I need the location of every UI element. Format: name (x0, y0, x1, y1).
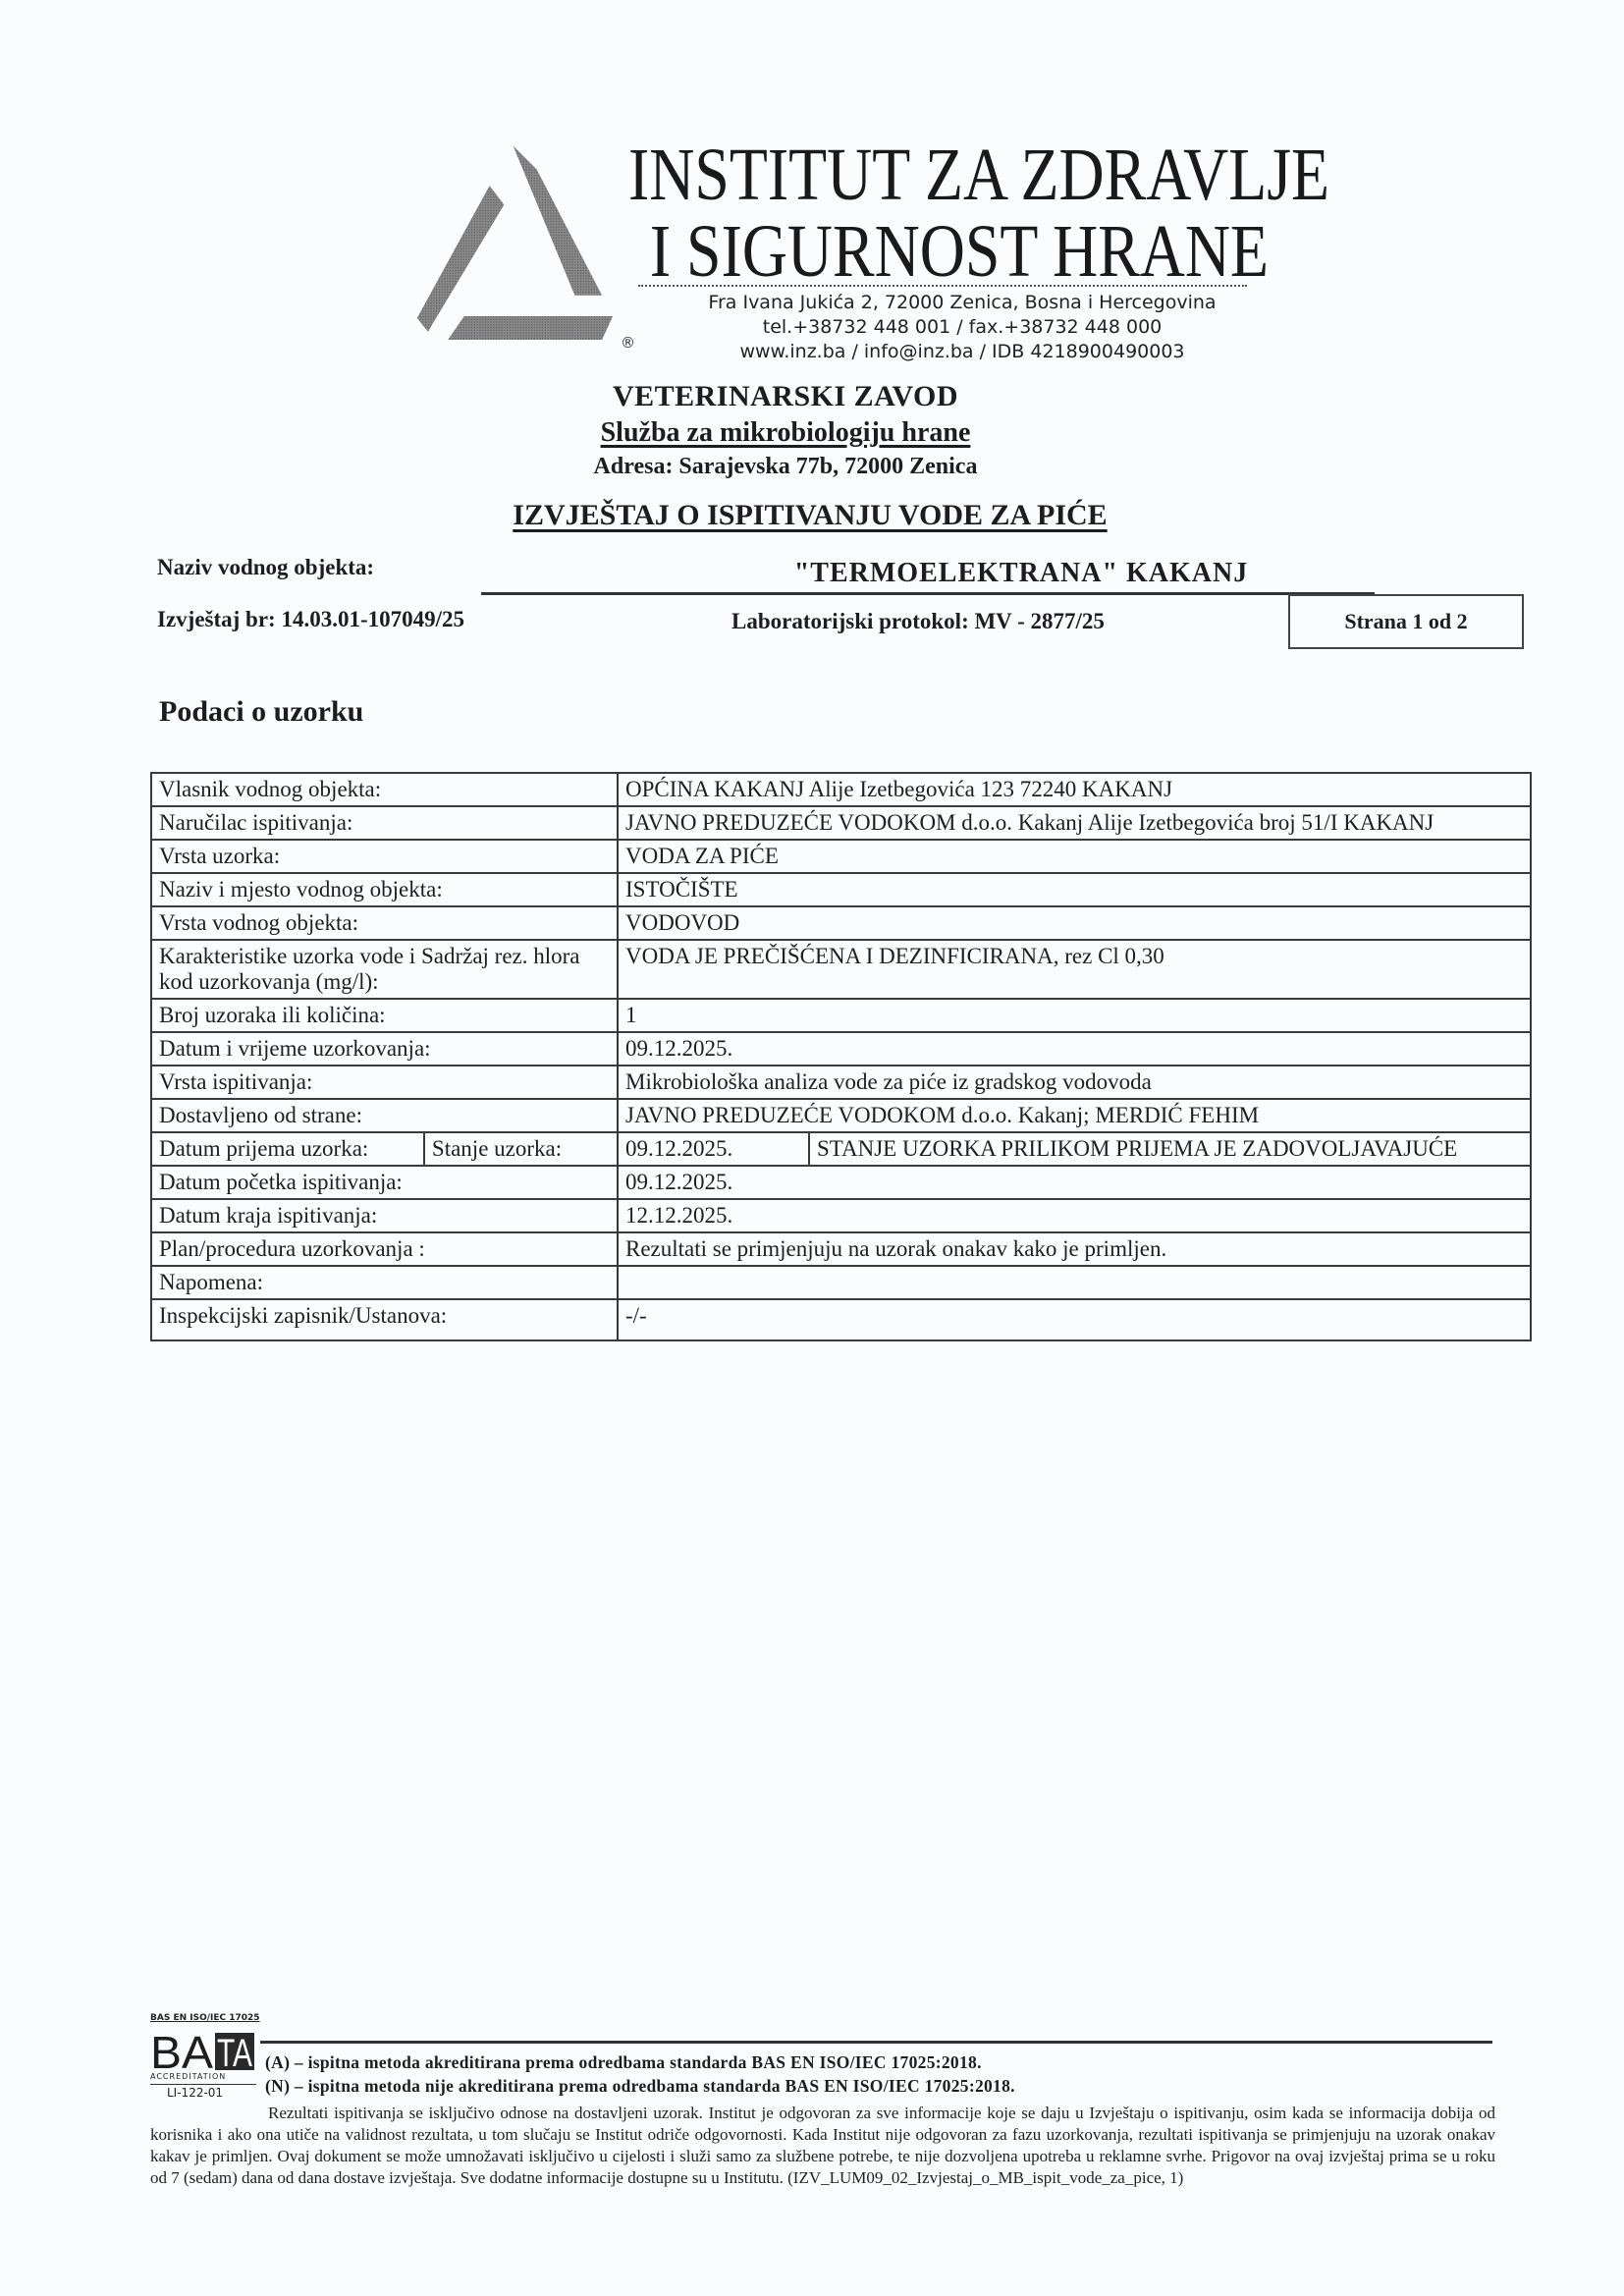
institute-name: INSTITUT ZA ZDRAVLJE I SIGURNOST HRANE (628, 137, 1157, 289)
row-label: Vrsta ispitivanja: (151, 1066, 618, 1099)
row-value: ISTOČIŠTE (618, 873, 1531, 906)
sample-data-table: Vlasnik vodnog objekta:OPĆINA KAKANJ Ali… (150, 772, 1532, 1341)
facility-divider (481, 592, 1375, 595)
table-row-receipt: Datum prijema uzorka: Stanje uzorka: 09.… (151, 1132, 1531, 1166)
accreditation-divider (150, 2084, 256, 2085)
row-value: JAVNO PREDUZEĆE VODOKOM d.o.o. Kakanj Al… (618, 806, 1531, 840)
service-name: Služba za mikrobiologiju hrane (491, 417, 1080, 449)
lab-protocol: Laboratorijski protokol: MV - 2877/25 (731, 609, 1105, 634)
table-row: Naziv i mjesto vodnog objekta:ISTOČIŠTE (151, 873, 1531, 906)
table-row: Datum početka ispitivanja:09.12.2025. (151, 1166, 1531, 1199)
accreditation-word: ACCREDITATION (150, 2072, 226, 2081)
row-label: Dostavljeno od strane: (151, 1099, 618, 1132)
table-row: Vrsta uzorka:VODA ZA PIĆE (151, 840, 1531, 873)
service-name-text: Služba za mikrobiologiju hrane (601, 417, 971, 448)
sample-condition-label: Stanje uzorka: (424, 1132, 618, 1166)
institute-web-email: www.inz.ba / info@inz.ba / IDB 421890049… (697, 340, 1227, 364)
row-label: Datum početka ispitivanja: (151, 1166, 618, 1199)
receipt-date-value: 09.12.2025. (618, 1132, 809, 1166)
row-label: Datum i vrijeme uzorkovanja: (151, 1032, 618, 1066)
accreditation-standard: BAS EN ISO/IEC 17025 (150, 2013, 260, 2023)
row-value: 09.12.2025. (618, 1166, 1531, 1199)
table-row: Datum i vrijeme uzorkovanja:09.12.2025. (151, 1032, 1531, 1066)
row-value: Mikrobiološka analiza vode za piće iz gr… (618, 1066, 1531, 1099)
legend-accredited: (A) – ispitna metoda akreditirana prema … (265, 2052, 982, 2073)
table-row: Naručilac ispitivanja:JAVNO PREDUZEĆE VO… (151, 806, 1531, 840)
row-value (618, 1266, 1531, 1299)
row-label: Vlasnik vodnog objekta: (151, 773, 618, 806)
department-address: Adresa: Sarajevska 77b, 72000 Zenica (491, 454, 1080, 480)
row-value: 1 (618, 999, 1531, 1032)
table-row: Broj uzoraka ili količina:1 (151, 999, 1531, 1032)
section-title: Podaci o uzorku (159, 695, 363, 729)
sample-condition-value: STANJE UZORKA PRILIKOM PRIJEMA JE ZADOVO… (809, 1132, 1531, 1166)
row-label: Napomena: (151, 1266, 618, 1299)
table-row: Inspekcijski zapisnik/Ustanova:-/- (151, 1299, 1531, 1340)
institute-contact: Fra Ivana Jukića 2, 72000 Zenica, Bosna … (697, 291, 1227, 364)
row-value: OPĆINA KAKANJ Alije Izetbegovića 123 722… (618, 773, 1531, 806)
row-value: VODOVOD (618, 906, 1531, 940)
svg-text:TA: TA (217, 2032, 252, 2072)
triangle-logo-icon (403, 128, 638, 363)
row-label: Naziv i mjesto vodnog objekta: (151, 873, 618, 906)
row-label: Plan/procedura uzorkovanja : (151, 1232, 618, 1266)
row-value: Rezultati se primjenjuju na uzorak onaka… (618, 1232, 1531, 1266)
row-label: Inspekcijski zapisnik/Ustanova: (151, 1299, 618, 1340)
table-row: Vrsta ispitivanja:Mikrobiološka analiza … (151, 1066, 1531, 1099)
footer-divider (260, 2041, 1492, 2044)
row-label: Vrsta uzorka: (151, 840, 618, 873)
report-number: Izvještaj br: 14.03.01-107049/25 (157, 607, 464, 632)
row-value: VODA JE PREČIŠĆENA I DEZINFICIRANA, rez … (618, 940, 1531, 999)
department-name: VETERINARSKI ZAVOD (491, 380, 1080, 413)
institute-address: Fra Ivana Jukića 2, 72000 Zenica, Bosna … (697, 291, 1227, 315)
table-row: Dostavljeno od strane:JAVNO PREDUZEĆE VO… (151, 1099, 1531, 1132)
table-row: Vlasnik vodnog objekta:OPĆINA KAKANJ Ali… (151, 773, 1531, 806)
disclaimer-text: Rezultati ispitivanja se isključivo odno… (150, 2103, 1495, 2189)
row-value: 12.12.2025. (618, 1199, 1531, 1232)
row-label: Datum kraja ispitivanja: (151, 1199, 618, 1232)
row-value: VODA ZA PIĆE (618, 840, 1531, 873)
row-label: Karakteristike uzorka vode i Sadržaj rez… (151, 940, 618, 999)
institute-name-line2: I SIGURNOST HRANE (650, 214, 1157, 289)
legend-not-accredited: (N) – ispitna metoda nije akreditirana p… (265, 2076, 1015, 2097)
table-row: Datum kraja ispitivanja:12.12.2025. (151, 1199, 1531, 1232)
accreditation-code: LI-122-01 (167, 2086, 223, 2100)
letterhead-divider (638, 285, 1247, 287)
receipt-date-label: Datum prijema uzorka: (151, 1132, 424, 1166)
row-value: JAVNO PREDUZEĆE VODOKOM d.o.o. Kakanj; M… (618, 1099, 1531, 1132)
bata-accreditation-logo-icon: BA TA (150, 2029, 256, 2072)
table-row: Karakteristike uzorka vode i Sadržaj rez… (151, 940, 1531, 999)
table-row: Plan/procedura uzorkovanja :Rezultati se… (151, 1232, 1531, 1266)
row-label: Broj uzoraka ili količina: (151, 999, 618, 1032)
row-label: Vrsta vodnog objekta: (151, 906, 618, 940)
table-row: Vrsta vodnog objekta:VODOVOD (151, 906, 1531, 940)
facility-name: "TERMOELEKTRANA" KAKANJ (707, 558, 1335, 589)
institute-name-line1: INSTITUT ZA ZDRAVLJE (628, 137, 1157, 212)
row-value: 09.12.2025. (618, 1032, 1531, 1066)
registered-mark: ® (621, 334, 635, 352)
report-title: IZVJEŠTAJ O ISPITIVANJU VODE ZA PIĆE (393, 499, 1227, 532)
facility-label: Naziv vodnog objekta: (157, 555, 374, 580)
page-indicator: Strana 1 od 2 (1288, 594, 1524, 649)
row-value: -/- (618, 1299, 1531, 1340)
institute-phone-fax: tel.+38732 448 001 / fax.+38732 448 000 (697, 315, 1227, 340)
report-title-text: IZVJEŠTAJ O ISPITIVANJU VODE ZA PIĆE (513, 499, 1107, 531)
row-label: Naručilac ispitivanja: (151, 806, 618, 840)
table-row: Napomena: (151, 1266, 1531, 1299)
svg-text:BA: BA (150, 2029, 213, 2072)
